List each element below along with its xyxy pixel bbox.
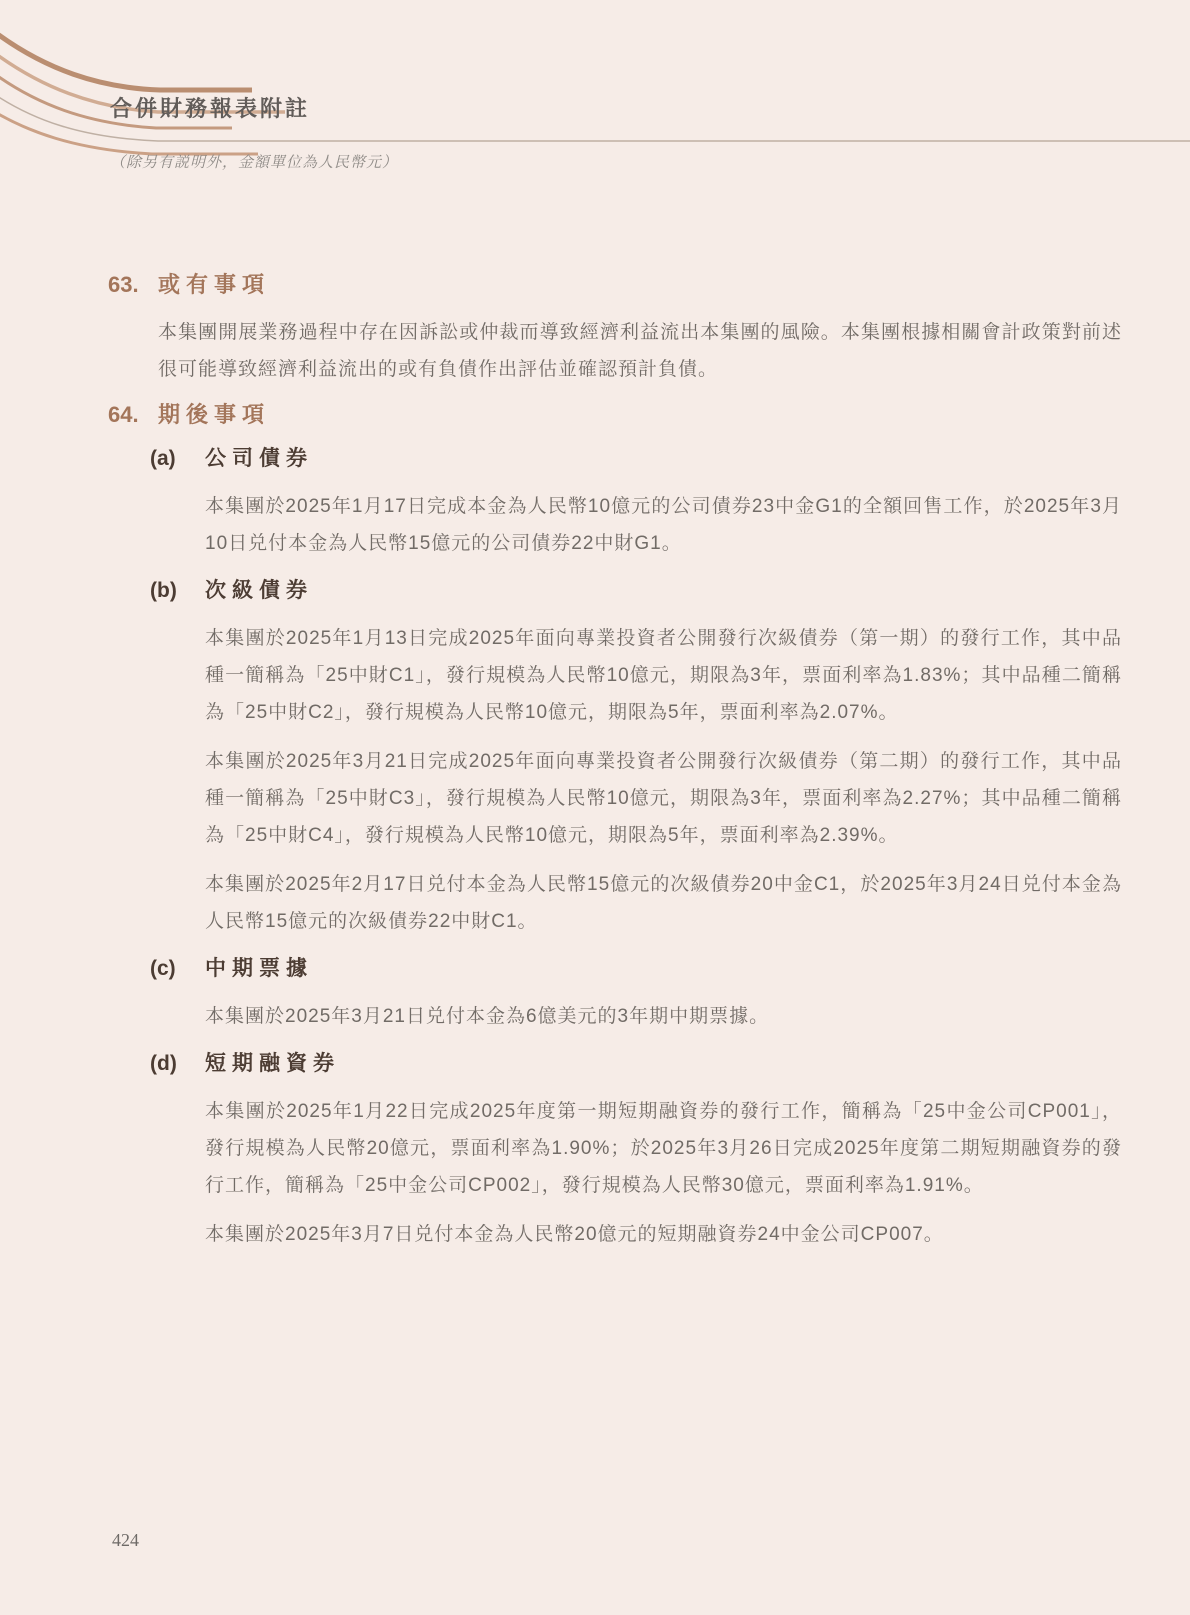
paragraph: 本集團於2025年1月22日完成2025年度第一期短期融資券的發行工作，簡稱為「… bbox=[205, 1093, 1122, 1204]
section-number: 64. bbox=[108, 400, 158, 430]
section-number: 63. bbox=[108, 270, 158, 300]
section-63-contingencies: 63. 或有事項 本集團開展業務過程中存在因訴訟或仲裁而導致經濟利益流出本集團的… bbox=[0, 270, 1190, 388]
subsection-title: 次級債券 bbox=[205, 576, 313, 606]
subsection-title: 短期融資券 bbox=[205, 1049, 340, 1079]
notes-content: 63. 或有事項 本集團開展業務過程中存在因訴訟或仲裁而導致經濟利益流出本集團的… bbox=[0, 270, 1190, 1265]
paragraph: 本集團於2025年2月17日兑付本金為人民幣15億元的次級債券20中金C1，於2… bbox=[205, 866, 1122, 940]
section-title: 或有事項 bbox=[158, 270, 270, 300]
section-64-subsequent-events: 64. 期後事項 (a) 公司債券 本集團於2025年1月17日完成本金為人民幣… bbox=[0, 400, 1190, 1253]
section-heading: 63. 或有事項 bbox=[0, 270, 1190, 300]
subsection-heading: (c) 中期票據 bbox=[0, 954, 1190, 984]
section-heading: 64. 期後事項 bbox=[0, 400, 1190, 430]
section-title: 期後事項 bbox=[158, 400, 270, 430]
subsection-letter: (c) bbox=[150, 954, 205, 984]
subsection-d-short-term-financing-bills: (d) 短期融資券 本集團於2025年1月22日完成2025年度第一期短期融資券… bbox=[0, 1049, 1190, 1253]
subsection-heading: (b) 次級債券 bbox=[0, 576, 1190, 606]
subsection-heading: (a) 公司債券 bbox=[0, 444, 1190, 474]
paragraph: 本集團於2025年3月7日兑付本金為人民幣20億元的短期融資券24中金公司CP0… bbox=[205, 1216, 1122, 1253]
page-title: 合併財務報表附註 bbox=[110, 92, 310, 123]
report-page: { "header": { "title": "合併財務報表附註", "subt… bbox=[0, 0, 1190, 1615]
subsection-letter: (b) bbox=[150, 576, 205, 606]
subsection-b-subordinated-bonds: (b) 次級債券 本集團於2025年1月13日完成2025年面向專業投資者公開發… bbox=[0, 576, 1190, 940]
subsection-letter: (d) bbox=[150, 1049, 205, 1079]
paragraph: 本集團於2025年3月21日完成2025年面向專業投資者公開發行次級債券（第二期… bbox=[205, 743, 1122, 854]
subsection-a-corporate-bonds: (a) 公司債券 本集團於2025年1月17日完成本金為人民幣10億元的公司債券… bbox=[0, 444, 1190, 562]
paragraph: 本集團開展業務過程中存在因訴訟或仲裁而導致經濟利益流出本集團的風險。本集團根據相… bbox=[158, 314, 1122, 388]
subsection-letter: (a) bbox=[150, 444, 205, 474]
paragraph: 本集團於2025年1月13日完成2025年面向專業投資者公開發行次級債券（第一期… bbox=[205, 620, 1122, 731]
subsection-c-medium-term-notes: (c) 中期票據 本集團於2025年3月21日兑付本金為6億美元的3年期中期票據… bbox=[0, 954, 1190, 1035]
page-number: 424 bbox=[112, 1530, 139, 1551]
subsection-title: 公司債券 bbox=[205, 444, 313, 474]
paragraph: 本集團於2025年3月21日兑付本金為6億美元的3年期中期票據。 bbox=[205, 998, 1122, 1035]
paragraph: 本集團於2025年1月17日完成本金為人民幣10億元的公司債券23中金G1的全額… bbox=[205, 488, 1122, 562]
subsection-title: 中期票據 bbox=[205, 954, 313, 984]
subsection-heading: (d) 短期融資券 bbox=[0, 1049, 1190, 1079]
swoosh-decoration-icon bbox=[0, 0, 1190, 170]
page-subtitle: （除另有説明外，金額單位為人民幣元） bbox=[110, 151, 398, 172]
